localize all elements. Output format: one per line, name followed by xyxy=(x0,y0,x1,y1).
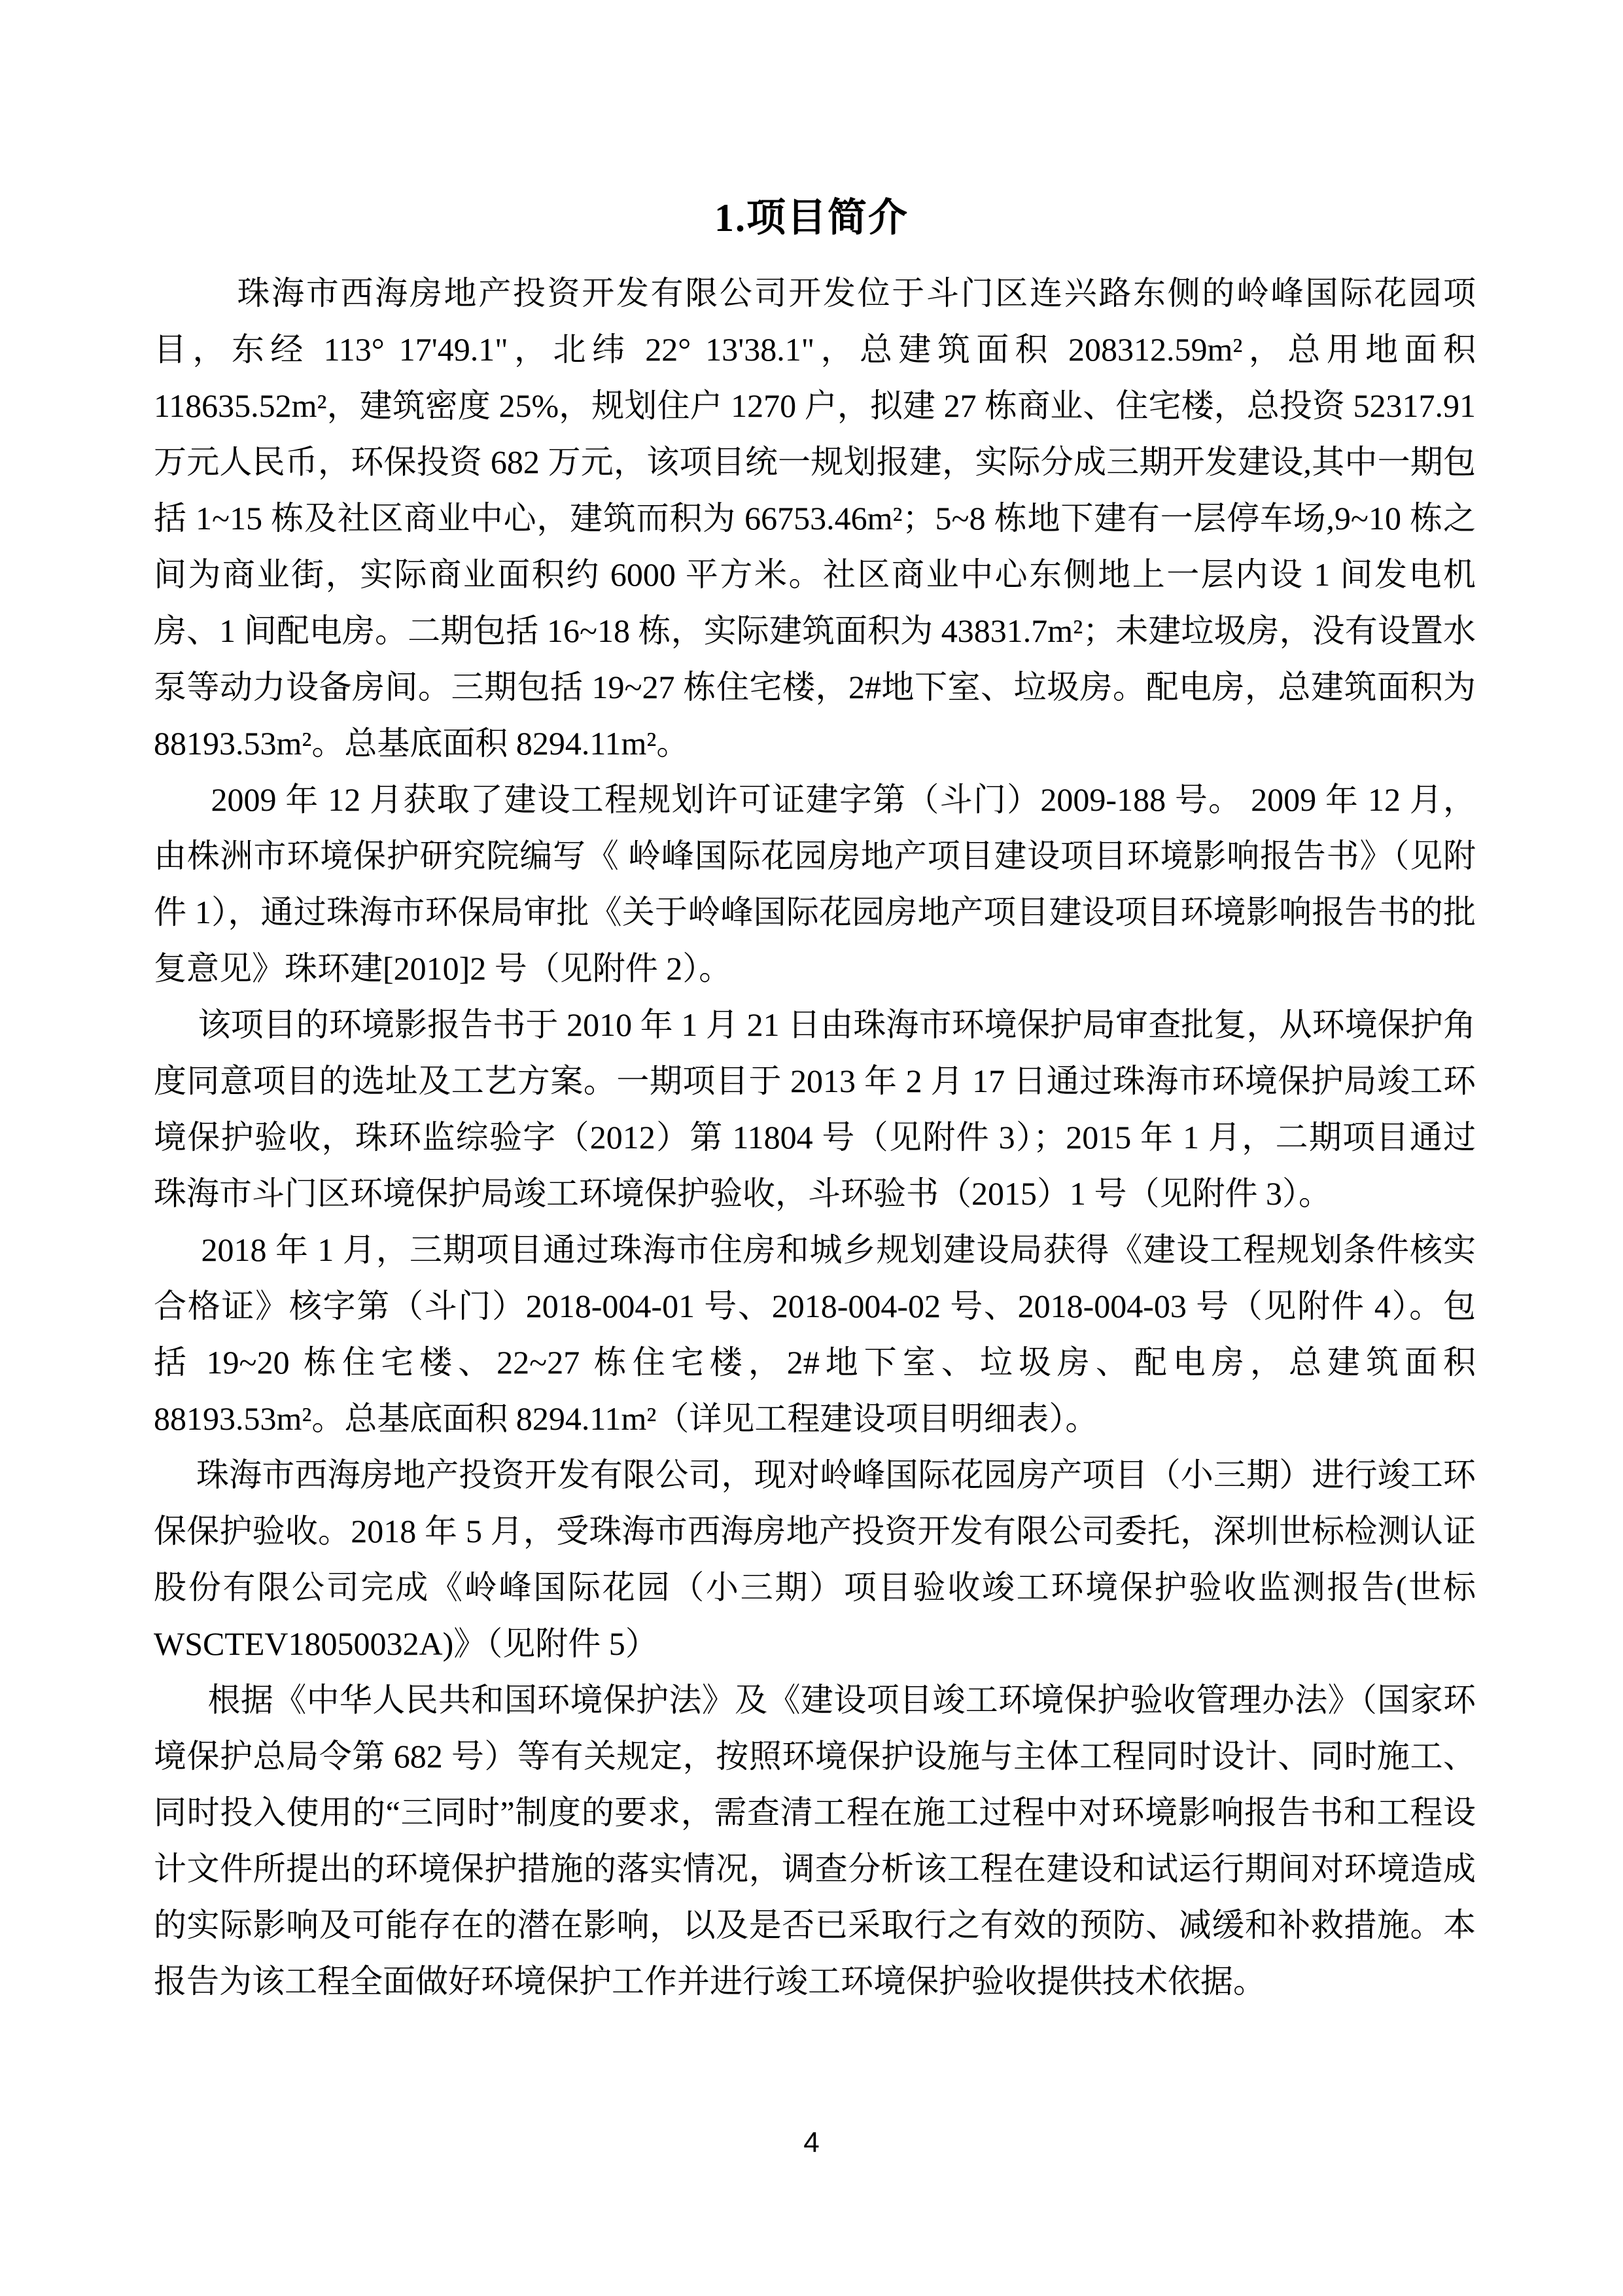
page-title: 1.项目简介 xyxy=(0,0,1623,239)
paragraph-planning-permit: 2009 年 12 月获取了建设工程规划许可证建字第（斗门）2009-188 号… xyxy=(154,771,1476,997)
document-body: 珠海市西海房地产投资开发有限公司开发位于斗门区连兴路东侧的岭峰国际花园项目，东经… xyxy=(154,265,1476,2009)
page-number: 4 xyxy=(803,2127,819,2159)
paragraph-eia-approval: 该项目的环境影报告书于 2010 年 1 月 21 日由珠海市环境保护局审查批复… xyxy=(154,997,1476,1222)
paragraph-legal-basis: 根据《中华人民共和国环境保护法》及《建设项目竣工环境保护验收管理办法》（国家环境… xyxy=(154,1672,1476,2009)
page-footer: 4 xyxy=(0,2128,1623,2157)
document-page: 1.项目简介 珠海市西海房地产投资开发有限公司开发位于斗门区连兴路东侧的岭峰国际… xyxy=(0,0,1623,2296)
paragraph-project-overview: 珠海市西海房地产投资开发有限公司开发位于斗门区连兴路东侧的岭峰国际花园项目，东经… xyxy=(154,265,1476,771)
paragraph-acceptance-commission: 珠海市西海房地产投资开发有限公司，现对岭峰国际花园房产项目（小三期）进行竣工环保… xyxy=(154,1447,1476,1672)
paragraph-phase3-certificate: 2018 年 1 月，三期项目通过珠海市住房和城乡规划建设局获得《建设工程规划条… xyxy=(154,1222,1476,1447)
